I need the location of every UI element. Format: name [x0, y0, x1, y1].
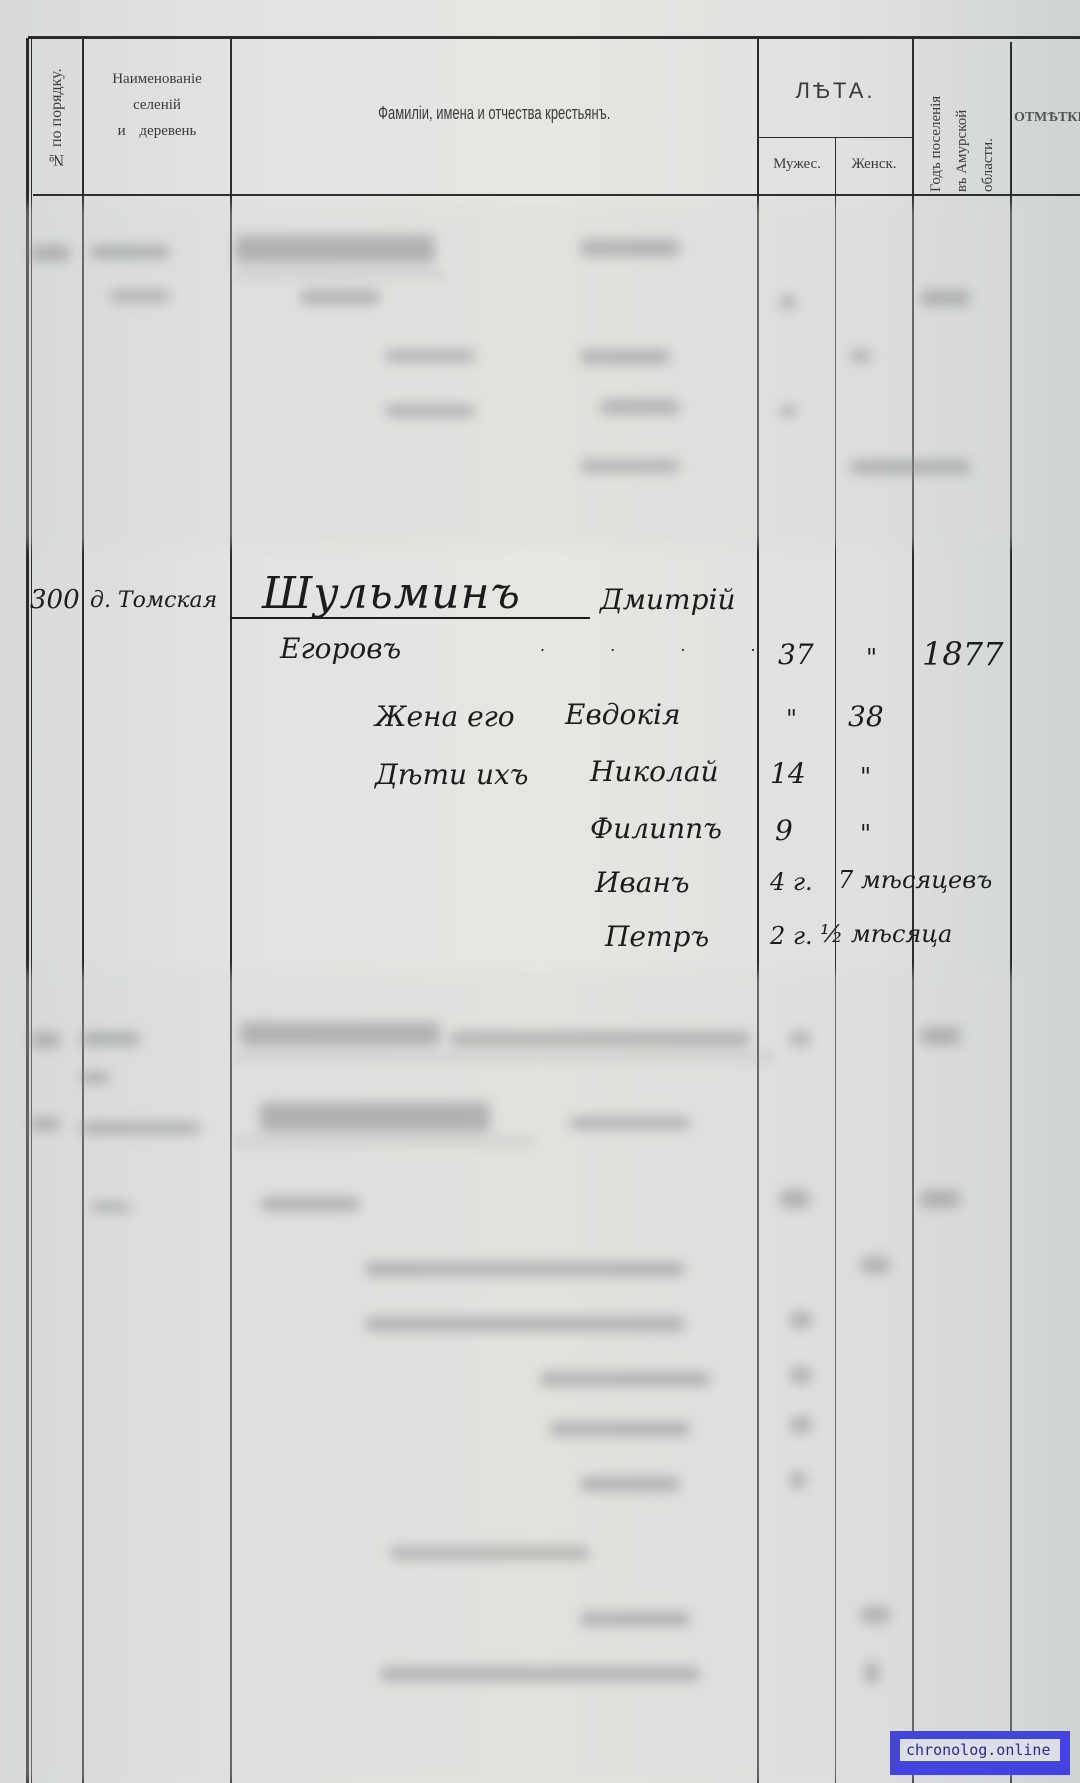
header-ages: ЛѢТА. — [759, 78, 912, 104]
header-ages-male: Мужес. — [759, 156, 835, 173]
member-4-name: Петръ — [605, 920, 709, 953]
record-head-male-age: 37 — [778, 638, 814, 671]
member-4-male: 2 г. — [770, 922, 813, 950]
header-settlement-line2: селеній — [84, 92, 230, 118]
header-settlement-line1: Наименованіе — [84, 66, 230, 92]
member-1-male: 14 — [770, 757, 806, 790]
member-1-name: Николай — [590, 755, 719, 788]
member-wife-name: Евдокія — [565, 698, 681, 731]
header-bottom-border — [33, 194, 1080, 196]
member-2-male: 9 — [775, 814, 793, 847]
member-wife-relation: Жена его — [375, 700, 515, 733]
register-page: № по порядку. Наименованіе селеній и дер… — [0, 0, 1080, 1783]
record-number: 300 — [30, 585, 80, 615]
member-3-female: 7 мѣсяцевъ — [838, 866, 992, 894]
record-settlement: д. Томская — [90, 588, 217, 613]
member-4-female: ½ мѣсяца — [820, 920, 952, 948]
header-notes: ОТМѢТКИ — [1014, 110, 1080, 126]
header-names: Фамиліи, имена и отчества крестьянъ. — [232, 103, 757, 124]
member-2-female: " — [860, 820, 871, 848]
header-settlement-line3: и деревень — [84, 118, 230, 144]
header-ages-female: Женск. — [836, 156, 912, 173]
member-1-relation: Дѣти ихъ — [375, 758, 528, 791]
member-wife-female: 38 — [848, 700, 884, 733]
record-dots: . . . . — [540, 636, 786, 655]
header-year-line3: области. — [976, 44, 1000, 192]
record-surname: Шульминъ — [262, 568, 521, 619]
record-head-female-age: " — [866, 644, 877, 672]
record-settled-year: 1877 — [922, 635, 1003, 673]
ages-subheader-line — [759, 137, 912, 138]
header-top-border — [28, 36, 1080, 39]
header-year: Годъ поселенія въ Амурской области. — [918, 44, 1006, 192]
member-3-male: 4 г. — [770, 868, 813, 896]
watermark-text: chronolog.online — [900, 1739, 1060, 1761]
record-head-patronymic: Егоровъ — [280, 632, 401, 665]
member-3-name: Иванъ — [595, 866, 690, 899]
header-number: № по порядку. — [44, 46, 70, 191]
member-wife-male: " — [786, 705, 797, 733]
watermark-badge: chronolog.online — [890, 1731, 1070, 1775]
header-names-label: Фамиліи, имена и отчества крестьянъ. — [378, 103, 610, 124]
header-settlement: Наименованіе селеній и деревень — [84, 66, 230, 144]
blurred-records-below — [20, 972, 1025, 1783]
record-head-name: Дмитрій — [600, 583, 735, 616]
blurred-record-above — [20, 205, 1025, 545]
member-2-name: Филиппъ — [590, 812, 722, 845]
member-1-female: " — [860, 763, 871, 791]
header-year-line2: въ Амурской — [950, 44, 974, 192]
header-year-line1: Годъ поселенія — [924, 44, 948, 192]
